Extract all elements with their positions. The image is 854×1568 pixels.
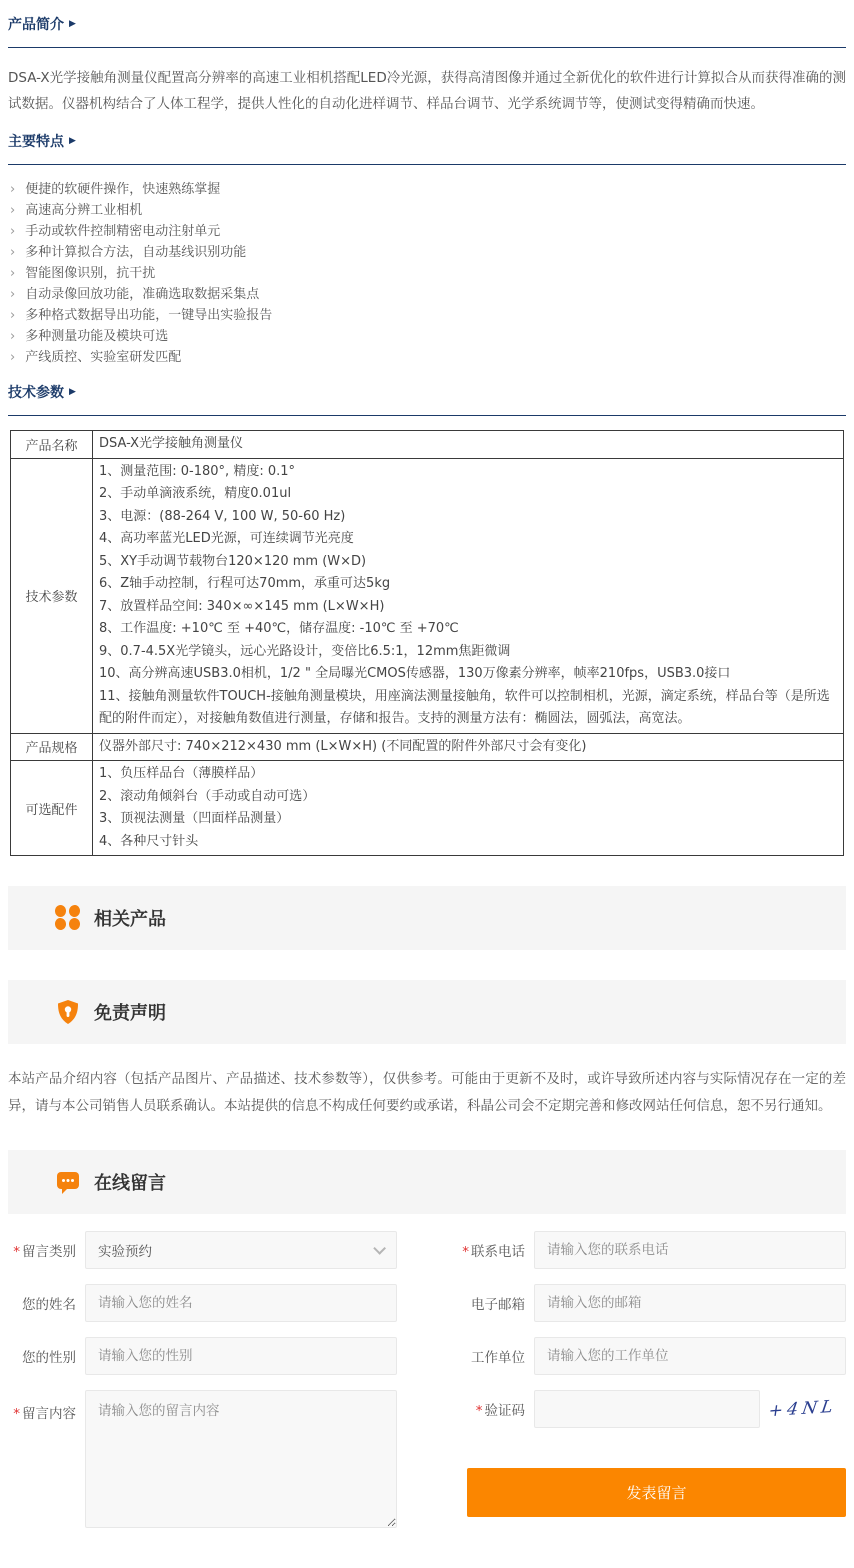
spec-row-label: 可选配件 [11,761,93,856]
chevron-down-icon [373,1242,386,1255]
section-divider [8,164,846,165]
name-label: 您的姓名 [8,1293,76,1313]
spec-line: 4、高功率蓝光LED光源，可连续调节光亮度 [99,528,837,551]
specs-title: 技术参数 ▶ [8,382,846,402]
form-row-email: 电子邮箱 [457,1284,846,1322]
spec-line: 仪器外部尺寸: 740×212×430 mm (L×W×H) (不同配置的附件外… [99,736,837,759]
form-row-gender: 您的性别 [8,1337,397,1375]
spec-row-value: DSA-X光学接触角测量仪 [93,431,844,459]
phone-label: *联系电话 [457,1240,525,1260]
spec-line: DSA-X光学接触角测量仪 [99,433,837,456]
feature-text: 便捷的软硬件操作，快速熟练掌握 [25,179,220,200]
online-message-banner: 在线留言 [8,1150,846,1214]
chevron-bullet-icon: › [10,326,15,347]
clover-icon [55,905,81,931]
table-row: 产品名称 DSA-X光学接触角测量仪 [11,431,844,459]
required-asterisk: * [476,1403,483,1419]
spec-line: 1、测量范围: 0-180°, 精度: 0.1° [99,461,837,484]
table-row: 产品规格 仪器外部尺寸: 740×212×430 mm (L×W×H) (不同配… [11,733,844,761]
section-intro-header: 产品简介 ▶ [8,0,846,48]
form-row-name: 您的姓名 [8,1284,397,1322]
feature-text: 手动或软件控制精密电动注射单元 [25,221,220,242]
spec-line: 5、XY手动调节载物台120×120 mm (W×D) [99,551,837,574]
spec-row-value: 仪器外部尺寸: 740×212×430 mm (L×W×H) (不同配置的附件外… [93,733,844,761]
email-input[interactable] [534,1284,846,1322]
form-row-content: *留言内容 [8,1390,397,1528]
gender-input[interactable] [85,1337,397,1375]
list-item: ›高速高分辨工业相机 [8,200,846,221]
disclaimer-paragraph: 本站产品介绍内容（包括产品图片、产品描述、技术参数等），仅供参考。可能由于更新不… [8,1066,846,1120]
intro-title: 产品简介 ▶ [8,14,846,34]
list-item: ›多种格式数据导出功能，一键导出实验报告 [8,305,846,326]
phone-input[interactable] [534,1231,846,1269]
section-divider [8,47,846,48]
company-input[interactable] [534,1337,846,1375]
content-textarea[interactable] [85,1390,397,1528]
category-selected-value: 实验预约 [98,1240,152,1260]
feature-text: 智能图像识别，抗干扰 [25,263,155,284]
spec-line: 7、放置样品空间: 340×∞×145 mm (L×W×H) [99,596,837,619]
form-row-category: *留言类别 实验预约 [8,1231,397,1269]
disclaimer-title: 免责声明 [94,999,166,1025]
spec-row-value: 1、测量范围: 0-180°, 精度: 0.1° 2、手动单滴液系统，精度0.0… [93,458,844,733]
category-label: *留言类别 [8,1240,76,1260]
table-row: 可选配件 1、负压样品台（薄膜样品） 2、滚动角倾斜台（手动或自动可选） 3、顶… [11,761,844,856]
arrow-right-icon: ▶ [69,19,76,29]
category-select[interactable]: 实验预约 [85,1231,397,1269]
chevron-bullet-icon: › [10,200,15,221]
intro-paragraph: DSA-X光学接触角测量仪配置高分辨率的高速工业相机搭配LED冷光源，获得高清图… [8,65,846,117]
spec-line: 3、电源：(88-264 V, 100 W, 50-60 Hz) [99,506,837,529]
feature-text: 多种格式数据导出功能，一键导出实验报告 [25,305,272,326]
required-asterisk: * [13,1406,20,1422]
disclaimer-banner: 免责声明 [8,980,846,1044]
spec-row-label: 技术参数 [11,458,93,733]
spec-row-label: 产品规格 [11,733,93,761]
specs-title-text: 技术参数 [8,382,64,402]
captcha-image[interactable]: +4NL [760,1390,846,1428]
related-products-banner: 相关产品 [8,886,846,950]
captcha-code-text: +4NL [767,1397,838,1422]
section-features-header: 主要特点 ▶ [8,117,846,165]
feature-text: 自动录像回放功能，准确选取数据采集点 [25,284,259,305]
captcha-label: *验证码 [457,1399,525,1419]
list-item: ›手动或软件控制精密电动注射单元 [8,221,846,242]
form-row-phone: *联系电话 [457,1231,846,1269]
chat-bubble-icon [55,1169,81,1195]
form-row-company: 工作单位 [457,1337,846,1375]
feature-text: 产线质控、实验室研发匹配 [25,347,181,368]
spec-line: 9、0.7-4.5X光学镜头，远心光路设计，变倍比6.5:1，12mm焦距微调 [99,641,837,664]
gender-label: 您的性别 [8,1346,76,1366]
list-item: ›多种计算拟合方法，自动基线识别功能 [8,242,846,263]
spec-line: 6、Z轴手动控制，行程可达70mm，承重可达5kg [99,573,837,596]
spec-line: 10、高分辨高速USB3.0相机，1/2 " 全局曝光CMOS传感器，130万像… [99,663,837,686]
spec-line: 1、负压样品台（薄膜样品） [99,763,837,786]
email-label: 电子邮箱 [457,1293,525,1313]
content-label: *留言内容 [8,1390,76,1422]
list-item: ›便捷的软硬件操作，快速熟练掌握 [8,179,846,200]
arrow-right-icon: ▶ [69,136,76,146]
feature-text: 高速高分辨工业相机 [25,200,142,221]
feature-list: ›便捷的软硬件操作，快速熟练掌握 ›高速高分辨工业相机 ›手动或软件控制精密电动… [8,179,846,368]
chevron-bullet-icon: › [10,347,15,368]
feature-text: 多种测量功能及模块可选 [25,326,168,347]
list-item: ›智能图像识别，抗干扰 [8,263,846,284]
spec-line: 8、工作温度: +10℃ 至 +40℃，储存温度: -10℃ 至 +70℃ [99,618,837,641]
message-form: *留言类别 实验预约 *联系电话 您的姓名 电子邮箱 您的性别 [8,1231,846,1528]
spec-line: 3、顶视法测量（凹面样品测量） [99,808,837,831]
spec-line: 2、滚动角倾斜台（手动或自动可选） [99,786,837,809]
arrow-right-icon: ▶ [69,387,76,397]
section-divider [8,415,846,416]
chevron-bullet-icon: › [10,242,15,263]
feature-text: 多种计算拟合方法，自动基线识别功能 [25,242,246,263]
required-asterisk: * [13,1244,20,1260]
features-title: 主要特点 ▶ [8,131,846,151]
shield-icon [55,999,81,1025]
chevron-bullet-icon: › [10,305,15,326]
form-row-captcha: *验证码 +4NL [457,1390,846,1428]
related-products-title: 相关产品 [94,905,166,931]
chevron-bullet-icon: › [10,263,15,284]
intro-title-text: 产品简介 [8,14,64,34]
list-item: ›自动录像回放功能，准确选取数据采集点 [8,284,846,305]
chevron-bullet-icon: › [10,179,15,200]
chevron-bullet-icon: › [10,221,15,242]
name-input[interactable] [85,1284,397,1322]
captcha-and-submit: *验证码 +4NL 发表留言 [457,1390,846,1528]
chevron-bullet-icon: › [10,284,15,305]
section-specs-header: 技术参数 ▶ [8,368,846,416]
captcha-input[interactable] [534,1390,760,1428]
company-label: 工作单位 [457,1346,525,1366]
spec-table: 产品名称 DSA-X光学接触角测量仪 技术参数 1、测量范围: 0-180°, … [10,430,844,856]
product-detail-page: 产品简介 ▶ DSA-X光学接触角测量仪配置高分辨率的高速工业相机搭配LED冷光… [0,0,854,1568]
table-row: 技术参数 1、测量范围: 0-180°, 精度: 0.1° 2、手动单滴液系统，… [11,458,844,733]
spec-line: 2、手动单滴液系统，精度0.01ul [99,483,837,506]
spec-row-value: 1、负压样品台（薄膜样品） 2、滚动角倾斜台（手动或自动可选） 3、顶视法测量（… [93,761,844,856]
spec-row-label: 产品名称 [11,431,93,459]
spec-line: 4、各种尺寸针头 [99,831,837,854]
list-item: ›多种测量功能及模块可选 [8,326,846,347]
list-item: ›产线质控、实验室研发匹配 [8,347,846,368]
required-asterisk: * [462,1244,469,1260]
online-message-title: 在线留言 [94,1169,166,1195]
spec-line: 11、接触角测量软件TOUCH-接触角测量模块，用座滴法测量接触角，软件可以控制… [99,686,837,731]
features-title-text: 主要特点 [8,131,64,151]
